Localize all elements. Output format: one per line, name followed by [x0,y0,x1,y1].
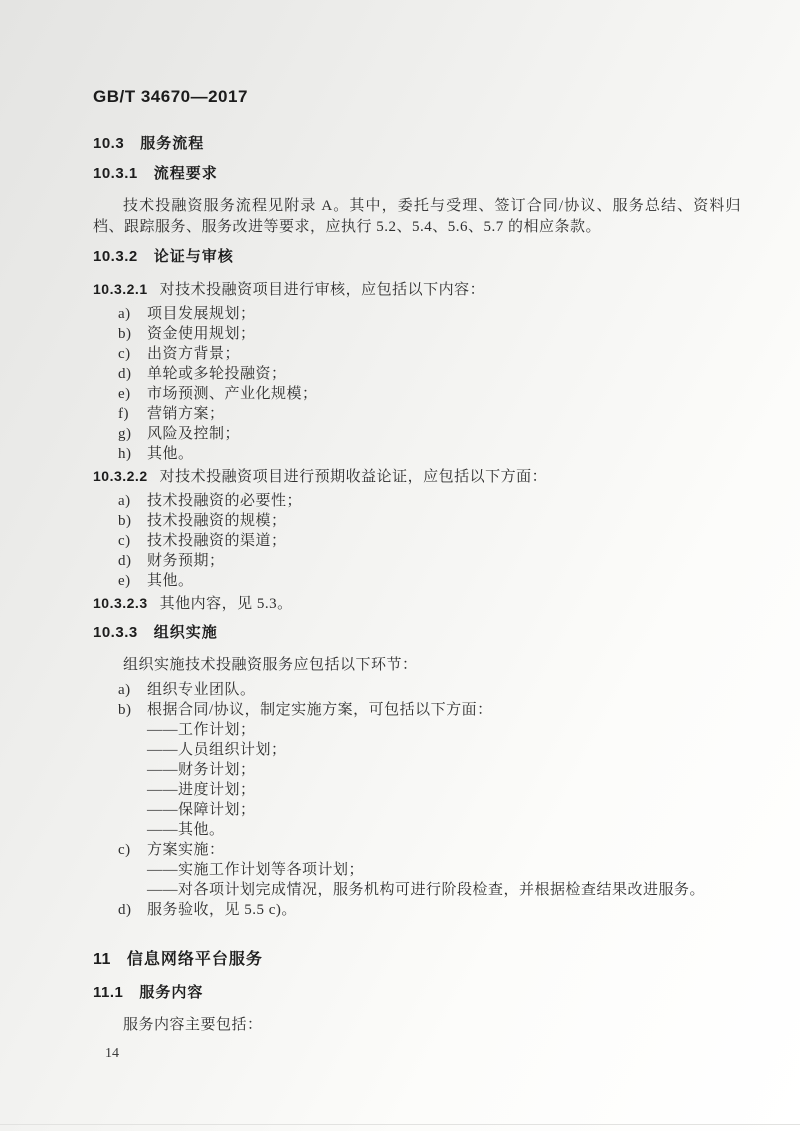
list-item-label: b) [118,324,147,344]
dash-item: ——保障计划； [93,800,741,820]
clause-number: 10.3.2.2 [93,468,148,484]
list-item-label: d) [118,364,147,384]
clause-heading-text: 服务内容 [139,984,203,1001]
list-item-label: c) [118,344,147,364]
dash-item: ——对各项计划完成情况，服务机构可进行阶段检查，并根据检查结果改进服务。 [93,880,741,900]
paragraph-text: 技术投融资服务流程见附录 A。其中，委托与受理、签订合同/协议、服务总结、资料归… [93,198,741,235]
list-item-text: 组织专业团队。 [147,680,741,700]
subclause-heading: 10.3.1流程要求 [93,163,741,185]
dash-item: ——财务计划； [93,760,741,780]
dash-item: ——人员组织计划； [93,740,741,760]
dash-item: ——工作计划； [93,720,741,740]
paragraph: 服务内容主要包括： [93,1015,741,1036]
list-item-label: b) [118,511,147,531]
list-item-text: 单轮或多轮投融资； [147,364,741,384]
numbered-paragraph: 10.3.2.2对技术投融资项目进行预期收益论证，应包括以下方面： [93,466,741,487]
list-item: d)财务预期； [93,551,741,571]
list-item-label: a) [118,491,147,511]
list-item: a)项目发展规划； [93,304,741,324]
dash-item-text: ——人员组织计划； [147,742,287,758]
list-item-text: 风险及控制； [147,424,741,444]
list-item: b)资金使用规划； [93,324,741,344]
list-item: f)营销方案； [93,404,741,424]
subclause-heading-text: 论证与审核 [154,248,234,265]
list-item-text: 市场预测、产业化规模； [147,384,741,404]
list-item: b)技术投融资的规模； [93,511,741,531]
dash-item-text: ——实施工作计划等各项计划； [147,862,364,878]
list-item: h)其他。 [93,444,741,464]
chapter-heading: 11信息网络平台服务 [93,948,741,972]
list-item-label: c) [118,840,147,860]
dash-item: ——进度计划； [93,780,741,800]
list-item-label: a) [118,304,147,324]
dash-item-text: ——保障计划； [147,802,256,818]
list-item-label: e) [118,571,147,591]
list-item: b)根据合同/协议，制定实施方案，可包括以下方面： [93,700,741,720]
list-item-label: d) [118,900,147,920]
list-item-label: h) [118,444,147,464]
list-item-text: 根据合同/协议，制定实施方案，可包括以下方面： [147,700,741,720]
list-item-text: 营销方案； [147,404,741,424]
list-item-label: e) [118,384,147,404]
numbered-paragraph-text: 其他内容，见 5.3。 [160,596,293,612]
list-item-text: 技术投融资的规模； [147,511,741,531]
clause-number: 11.1 [93,984,123,1001]
dash-item-text: ——工作计划； [147,722,256,738]
paragraph-text: 服务内容主要包括： [123,1017,263,1033]
clause-heading-text: 服务流程 [140,135,204,152]
chapter-heading-text: 信息网络平台服务 [127,951,263,968]
clause-heading: 11.1服务内容 [93,982,741,1004]
dash-item-text: ——其他。 [147,822,225,838]
subclause-heading-text: 组织实施 [154,624,218,641]
clause-number: 10.3 [93,135,124,152]
list-item: a)组织专业团队。 [93,680,741,700]
list-item-label: d) [118,551,147,571]
paragraph: 组织实施技术投融资服务应包括以下环节： [93,655,741,676]
standard-number: GB/T 34670—2017 [93,86,741,108]
paragraph: 技术投融资服务流程见附录 A。其中，委托与受理、签订合同/协议、服务总结、资料归… [93,196,741,238]
list-item: c)技术投融资的渠道； [93,531,741,551]
dash-item-text: ——对各项计划完成情况，服务机构可进行阶段检查，并根据检查结果改进服务。 [147,882,705,898]
clause-number: 10.3.2 [93,248,138,265]
clause-number: 11 [93,951,111,968]
list-item: d)单轮或多轮投融资； [93,364,741,384]
list-item: a)技术投融资的必要性； [93,491,741,511]
list-item: e)市场预测、产业化规模； [93,384,741,404]
paragraph-text: 组织实施技术投融资服务应包括以下环节： [123,657,418,673]
list-item-text: 技术投融资的必要性； [147,491,741,511]
clause-number: 10.3.3 [93,624,138,641]
clause-number: 10.3.1 [93,165,138,182]
document-content: GB/T 34670—201710.3服务流程10.3.1流程要求技术投融资服务… [0,0,800,1062]
list-item-label: b) [118,700,147,720]
dash-item-text: ——进度计划； [147,782,256,798]
page-number-text: 14 [105,1046,119,1061]
list-item-text: 项目发展规划； [147,304,741,324]
list-item-text: 其他。 [147,444,741,464]
clause-number: 10.3.2.3 [93,595,148,611]
numbered-paragraph: 10.3.2.1对技术投融资项目进行审核，应包括以下内容： [93,279,741,300]
list-item-text: 资金使用规划； [147,324,741,344]
list-item-text: 方案实施： [147,840,741,860]
list-item-text: 服务验收，见 5.5 c)。 [147,900,741,920]
numbered-paragraph-text: 对技术投融资项目进行审核，应包括以下内容： [160,282,486,298]
numbered-paragraph-text: 对技术投融资项目进行预期收益论证，应包括以下方面： [160,469,548,485]
list-item: c)方案实施： [93,840,741,860]
list-item-text: 出资方背景； [147,344,741,364]
list-item-text: 其他。 [147,571,741,591]
list-item: c)出资方背景； [93,344,741,364]
document-page: GB/T 34670—201710.3服务流程10.3.1流程要求技术投融资服务… [0,0,800,1131]
standard-number-text: GB/T 34670—2017 [93,87,248,106]
subclause-heading: 10.3.3组织实施 [93,622,741,644]
dash-item: ——实施工作计划等各项计划； [93,860,741,880]
dash-item-text: ——财务计划； [147,762,256,778]
subclause-heading-text: 流程要求 [154,165,218,182]
list-item: d)服务验收，见 5.5 c)。 [93,900,741,920]
clause-heading: 10.3服务流程 [93,133,741,155]
subclause-heading: 10.3.2论证与审核 [93,246,741,268]
dash-item: ——其他。 [93,820,741,840]
list-item: g)风险及控制； [93,424,741,444]
list-item-label: g) [118,424,147,444]
page-number: 14 [93,1046,741,1062]
numbered-paragraph: 10.3.2.3其他内容，见 5.3。 [93,593,741,614]
list-item-label: f) [118,404,147,424]
list-item-label: a) [118,680,147,700]
list-item-label: c) [118,531,147,551]
clause-number: 10.3.2.1 [93,281,148,297]
list-item-text: 技术投融资的渠道； [147,531,741,551]
list-item-text: 财务预期； [147,551,741,571]
list-item: e)其他。 [93,571,741,591]
